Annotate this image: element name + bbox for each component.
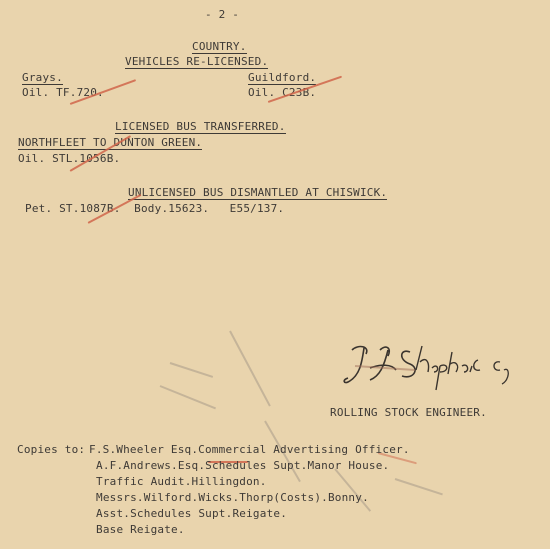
page-number: - 2 - bbox=[205, 8, 239, 21]
copies-recipient: Messrs.Wilford.Wicks.Thorp(Costs).Bonny. bbox=[96, 491, 369, 504]
heading-licensed-bus-transferred: LICENSED BUS TRANSFERRED. bbox=[115, 120, 286, 134]
document-page: - 2 - COUNTRY. VEHICLES RE-LICENSED. Gra… bbox=[0, 0, 550, 549]
copies-recipient: Asst.Schedules Supt.Reigate. bbox=[96, 507, 287, 520]
copies-label: Copies to: bbox=[17, 443, 85, 456]
copies-recipient: A.F.Andrews.Esq.Schedules Supt.Manor Hou… bbox=[96, 459, 389, 472]
copies-recipient: Base Reigate. bbox=[96, 523, 185, 536]
heading-vehicles-relicensed: VEHICLES RE-LICENSED. bbox=[125, 55, 268, 69]
smudge-mark bbox=[170, 362, 213, 378]
smudge-mark bbox=[229, 331, 271, 407]
entry-dismantled: Pet. ST.1087B. Body.15623. E55/137. bbox=[25, 202, 284, 215]
section-header-country: COUNTRY. bbox=[192, 40, 247, 54]
smudge-mark bbox=[395, 478, 443, 495]
heading-unlicensed-dismantled: UNLICENSED BUS DISMANTLED AT CHISWICK. bbox=[128, 186, 387, 200]
signatory-title: ROLLING STOCK ENGINEER. bbox=[330, 406, 487, 419]
handwritten-signature bbox=[340, 340, 540, 395]
garage-guildford: Guildford. bbox=[248, 71, 316, 85]
garage-grays: Grays. bbox=[22, 71, 63, 85]
copies-recipient: Traffic Audit.Hillingdon. bbox=[96, 475, 267, 488]
copies-recipient: F.S.Wheeler Esq.Commercial Advertising O… bbox=[89, 443, 410, 456]
entry-transferred: Oil. STL.1056B. bbox=[18, 152, 120, 165]
smudge-mark bbox=[160, 385, 216, 409]
